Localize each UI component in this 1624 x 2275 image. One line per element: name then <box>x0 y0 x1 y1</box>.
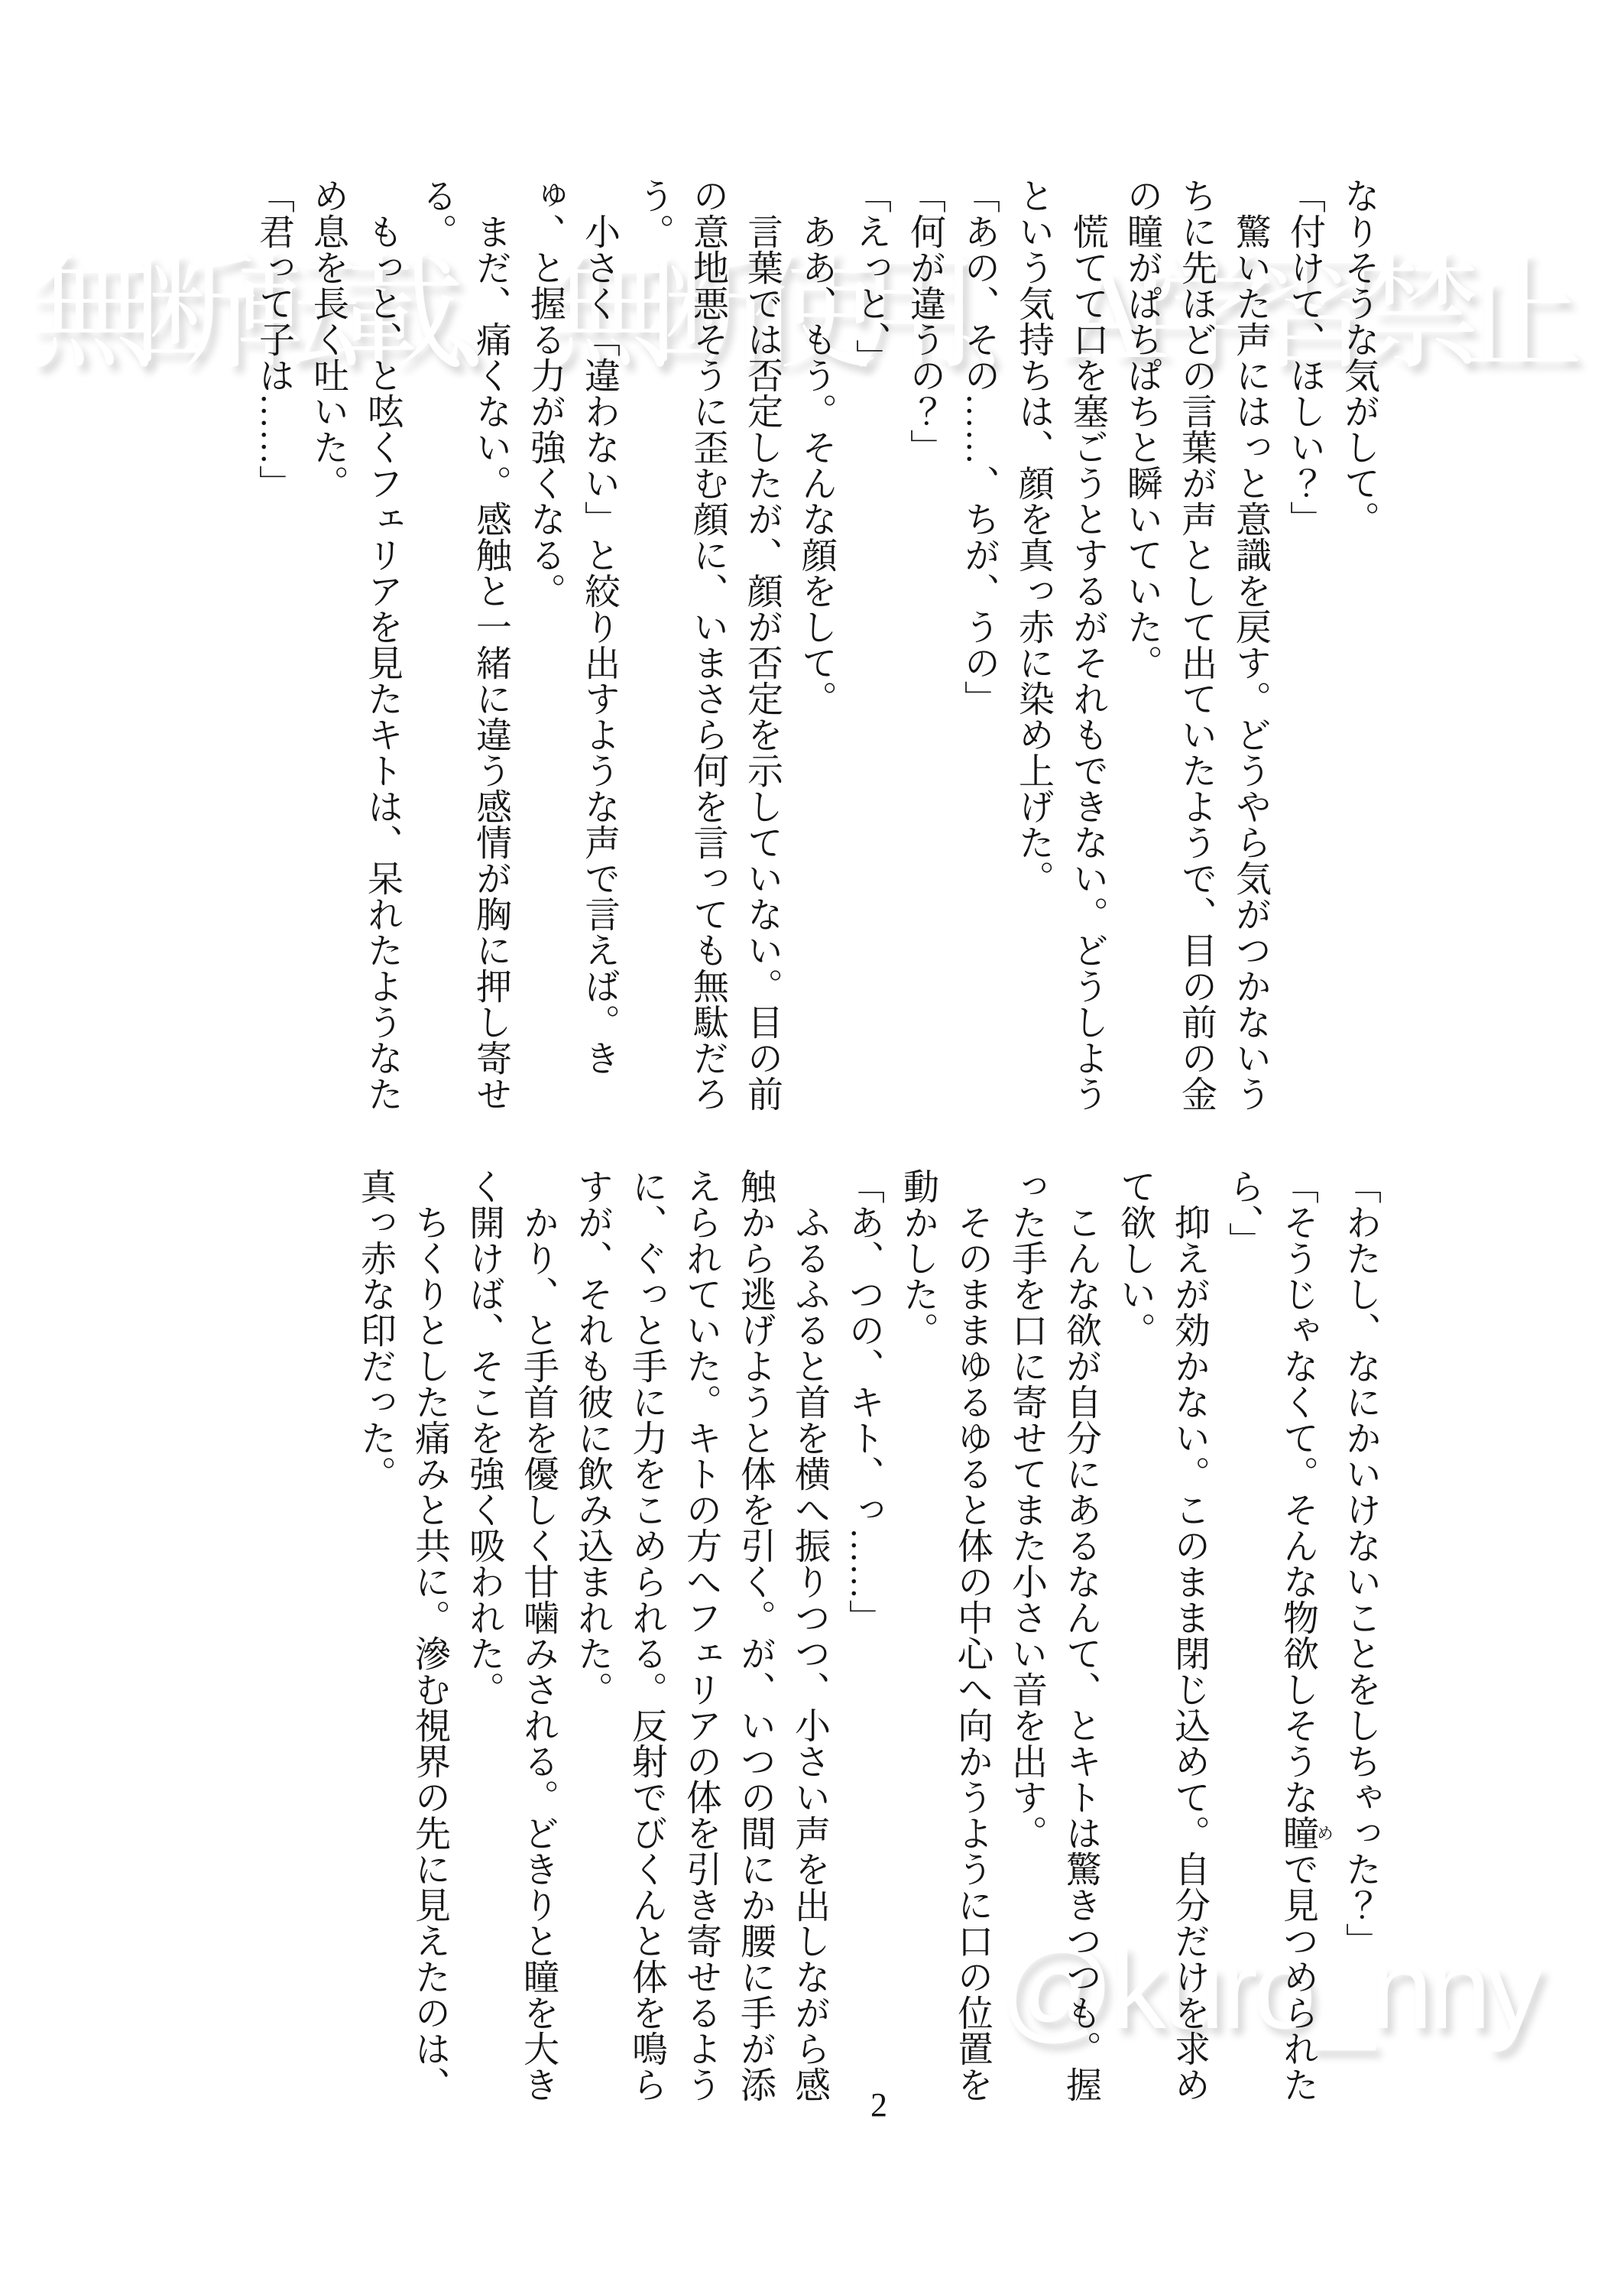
page-number: 2 <box>848 2085 909 2124</box>
paragraph: 「君って子は……」 <box>246 177 300 1112</box>
paragraph: 驚いた声にはっと意識を戻す。どうやら気がつかないうちに先ほどの言葉が声として出て… <box>1114 177 1277 1112</box>
paragraph: 「あの、その……、ちが、うの」 <box>951 177 1006 1112</box>
paragraph: まだ、痛くない。感触と一緒に違う感情が胸に押し寄せる。 <box>409 177 517 1112</box>
paragraph: かり、と手首を優しく甘噛みされる。どきりと瞳を大きく開けば、そこを強く吸われた。 <box>456 1168 565 2102</box>
paragraph: 「何が違うの？」 <box>897 177 951 1112</box>
ruby-annotated-word: 瞳め <box>1278 1815 1318 1851</box>
paragraph: 「付けて、ほしい？」 <box>1277 177 1331 1112</box>
paragraph: ふるふると首を横へ振りつつ、小さい声を出しながら感触から逃げようと体を引く。が、… <box>565 1168 836 2102</box>
paragraph: 慌てて口を塞ごうとするがそれもできない。どうしようという気持ちは、顔を真っ赤に染… <box>1006 177 1114 1112</box>
paragraph: 言葉では否定したが、顔が否定を示していない。目の前の意地悪そうに歪む顔に、いまさ… <box>626 177 789 1112</box>
paragraph: 小さく「違わない」と絞り出すような声で言えば。きゅ、と握る力が強くなる。 <box>517 177 626 1112</box>
paragraph: こんな欲が自分にあるなんて、とキトは驚きつつも。握った手を口に寄せてまた小さい音… <box>999 1168 1107 2102</box>
paragraph: 「そうじゃなくて。そんな物欲しそうな瞳めで見つめられたら、」 <box>1216 1168 1333 2102</box>
paragraph: ああ、もう。そんな顔をして。 <box>789 177 843 1112</box>
document-page: 無断転載、無断使用、AI学習禁止 なりそうな気がして。「付けて、ほしい？」驚いた… <box>0 0 1624 2275</box>
paragraph: なりそうな気がして。 <box>1331 177 1386 1112</box>
paragraph: 「わたし、なにかいけないことをしちゃった？」 <box>1333 1168 1387 2102</box>
paragraph: もっと、と呟くフェリアを見たキトは、呆れたようなため息を長く吐いた。 <box>300 177 409 1112</box>
upper-text-block: なりそうな気がして。「付けて、ほしい？」驚いた声にはっと意識を戻す。どうやら気が… <box>246 177 1386 1112</box>
paragraph: 抑えが効かない。このまま閉じ込めて。自分だけを求めて欲しい。 <box>1107 1168 1216 2102</box>
paragraph: ちくりとした痛みと共に。滲む視界の先に見えたのは、真っ赤な印だった。 <box>348 1168 456 2102</box>
lower-text-block: 「わたし、なにかいけないことをしちゃった？」「そうじゃなくて。そんな物欲しそうな… <box>348 1168 1387 2102</box>
paragraph: 「えっと、」 <box>843 177 897 1112</box>
paragraph: そのままゆるゆると体の中心へ向かうように口の位置を動かした。 <box>890 1168 999 2102</box>
paragraph: 「あ、つの、キト、っ……」 <box>836 1168 890 2102</box>
